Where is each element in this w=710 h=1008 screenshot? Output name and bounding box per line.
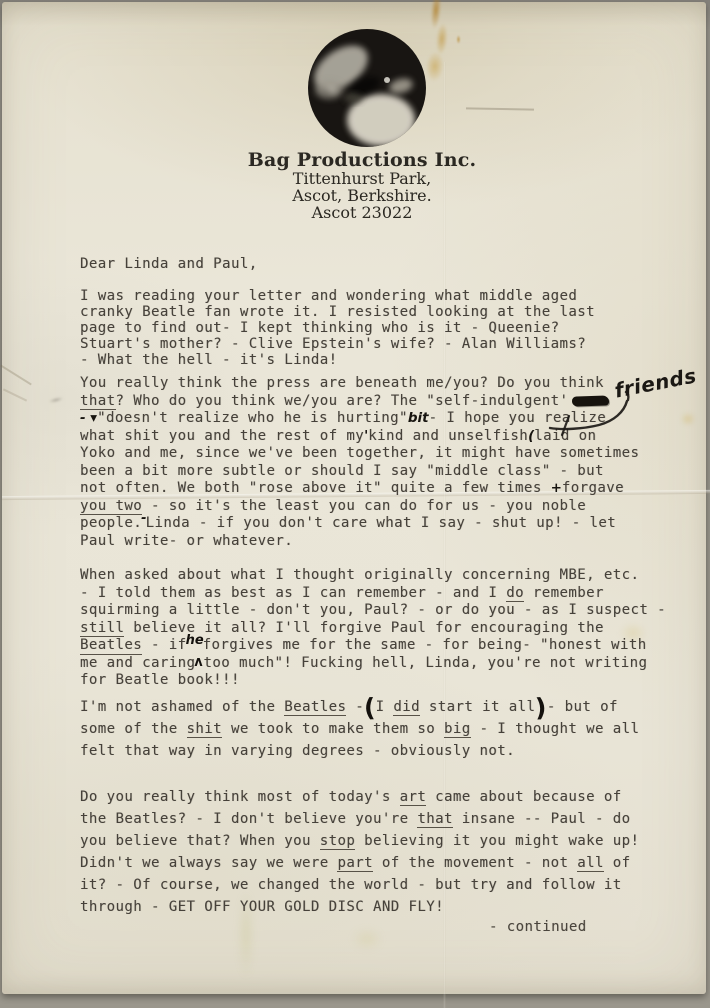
typed-line: some of the shit we took to make them so… [80,718,680,740]
typed-text: felt that way in varying degrees - obvio… [80,743,515,759]
paragraph-4: When asked about what I thought original… [80,567,680,690]
annotated-text: - ▾ [80,410,97,426]
kiss-photo-graphic [307,28,427,148]
scratch-mark [466,107,534,110]
typed-line: I'm not ashamed of the Beatles -(I did s… [80,696,680,718]
address-line-2: Ascot, Berkshire. [10,187,710,204]
address-line-1: Tittenhurst Park, [10,170,710,187]
typed-line: Paul write- or whatever. [80,533,680,551]
typed-text: insane -- Paul - do [453,811,631,827]
annotated-text: Beatles [284,699,346,717]
typed-line: felt that way in varying degrees - obvio… [80,740,680,762]
typed-text: ? Who do you think we/you are? The "self… [116,393,569,409]
typed-text: came about because of [426,789,621,805]
typed-text: - [346,699,364,715]
typed-text: - I thought we all [471,721,640,737]
annotated-text: bit [408,410,429,426]
typed-line: the Beatles? - I don't believe you're th… [80,808,680,830]
pencil-smudge [41,391,71,409]
stain-bottom-middle [338,916,396,962]
typed-text: - What the hell - it's Linda! [80,352,337,368]
typed-text: You really think the press are beneath m… [80,375,604,391]
typed-text: of [604,855,631,871]
typed-text: page to find out- I kept thinking who is… [80,320,559,336]
friends-insertion-arrow [542,390,710,448]
annotated-text: - [141,510,146,528]
typed-line: Stuart's mother? - Clive Epstein's wife?… [80,336,680,352]
letter-page: Bag Productions Inc. Tittenhurst Park, A… [2,2,706,994]
typed-line: cranky Beatle fan wrote it. I resisted l… [80,304,680,320]
annotated-text: that [80,393,116,411]
typed-line: not often. We both "rose above it" quite… [80,480,680,498]
typed-text: some of the [80,721,187,737]
corner-crease [3,388,27,401]
typed-text: Linda - if you don't care what I say - s… [146,515,617,531]
typed-line: Beatles - ifheforgives me for the same -… [80,637,680,655]
annotated-text: ʌ [195,650,204,673]
typed-line: you believe that? When you stop believin… [80,830,680,852]
phone-line: Ascot 23022 [10,204,710,221]
typed-text: - but of [547,699,618,715]
paragraph-5: I'm not ashamed of the Beatles -(I did s… [80,696,680,762]
typed-line: you two - so it's the least you can do f… [80,498,680,516]
typed-line: me and caringʌtoo much"! Fucking hell, L… [80,655,680,673]
annotated-text: Beatles [80,637,142,655]
typed-text: - if [142,637,186,653]
typed-text: Didn't we always say we were [80,855,337,871]
typed-line: for Beatle book!!! [80,672,680,690]
typed-text: start it all [420,699,535,715]
annotated-text: still [80,620,124,638]
typed-text: through - GET OFF YOUR GOLD DISC AND FLY… [80,899,444,915]
paragraph-6: Do you really think most of today's art … [80,786,680,918]
typed-line: - What the hell - it's Linda! [80,352,680,368]
typed-text: When asked about what I thought original… [80,567,639,583]
typed-line: through - GET OFF YOUR GOLD DISC AND FLY… [80,896,680,918]
company-name: Bag Productions Inc. [10,150,710,170]
typed-text: - I told them as best as I can remember … [80,585,506,601]
typed-line: Dear Linda and Paul, [80,256,680,272]
annotated-text: + [551,480,562,496]
typed-line: When asked about what I thought original… [80,567,680,585]
typed-text: of the movement - not [373,855,577,871]
typed-text: "doesn't realize who he is hurting" [97,410,408,426]
typed-text: forgave [562,480,624,496]
stain-speck [454,32,463,47]
typed-text: me and caring [80,655,195,671]
typed-line: Do you really think most of today's art … [80,786,680,808]
paragraph-1: Dear Linda and Paul, [80,256,680,272]
annotated-text: all [577,855,604,873]
typed-text: forgives me for the same - for being- "h… [203,637,647,653]
typed-text: for Beatle book!!! [80,672,240,688]
typed-text: been a bit more subtle or should I say "… [80,463,604,479]
paragraph-2: I was reading your letter and wondering … [80,288,680,368]
typed-line: been a bit more subtle or should I say "… [80,463,680,481]
typed-text: - so it's the least you can do for us - … [142,498,586,514]
annotated-text: you two [80,498,142,516]
typed-line: - I told them as best as I can remember … [80,585,680,603]
typed-text: too much"! Fucking hell, Linda, you're n… [203,655,647,671]
annotated-text: did [393,699,420,717]
typed-text: Dear Linda and Paul, [80,256,258,272]
typed-text: people. [80,515,142,531]
typed-text: we took to make them so [222,721,444,737]
typed-line: page to find out- I kept thinking who is… [80,320,680,336]
typed-text: Stuart's mother? - Clive Epstein's wife?… [80,336,586,352]
typed-text: cranky Beatle fan wrote it. I resisted l… [80,304,595,320]
letter-photo-screenshot: Bag Productions Inc. Tittenhurst Park, A… [0,0,710,1008]
typed-text: it? - Of course, we changed the world - … [80,877,622,893]
annotated-text: do [506,585,524,603]
annotated-text: stop [320,833,356,851]
annotated-text: big [444,721,471,739]
typed-text: the Beatles? - I don't believe you're [80,811,417,827]
typed-text: I was reading your letter and wondering … [80,288,577,304]
typed-text: believing it you might wake up! [355,833,639,849]
letterhead: Bag Productions Inc. Tittenhurst Park, A… [10,150,710,221]
typed-line: people.-Linda - if you don't care what I… [80,515,680,533]
continued-note: - continued [489,919,587,935]
john-yoko-kiss-photo [307,28,427,148]
typed-text: I'm not ashamed of the [80,699,284,715]
annotated-text: that [417,811,453,829]
annotated-text: art [400,789,427,807]
typed-text: Paul write- or whatever. [80,533,293,549]
typed-text: what shit you and the rest of my [80,428,364,444]
typed-line: squirming a little - don't you, Paul? - … [80,602,680,620]
typed-text: remember [524,585,604,601]
typed-line: it? - Of course, we changed the world - … [80,874,680,896]
typed-text: I [376,699,394,715]
annotated-text: he [186,632,204,650]
typed-line: I was reading your letter and wondering … [80,288,680,304]
typed-text: you believe that? When you [80,833,320,849]
annotated-text: part [337,855,373,873]
typed-text: kind and unselfish [368,428,528,444]
letter-body: Dear Linda and Paul,I was reading your l… [80,256,680,918]
typed-line: still believe it all? I'll forgive Paul … [80,620,680,638]
typed-text: Do you really think most of today's [80,789,400,805]
typed-line: Didn't we always say we were part of the… [80,852,680,874]
typed-text: not often. We both "rose above it" quite… [80,480,551,496]
annotated-text: shit [187,721,223,739]
corner-crease [0,365,32,386]
typed-text: squirming a little - don't you, Paul? - … [80,602,666,618]
